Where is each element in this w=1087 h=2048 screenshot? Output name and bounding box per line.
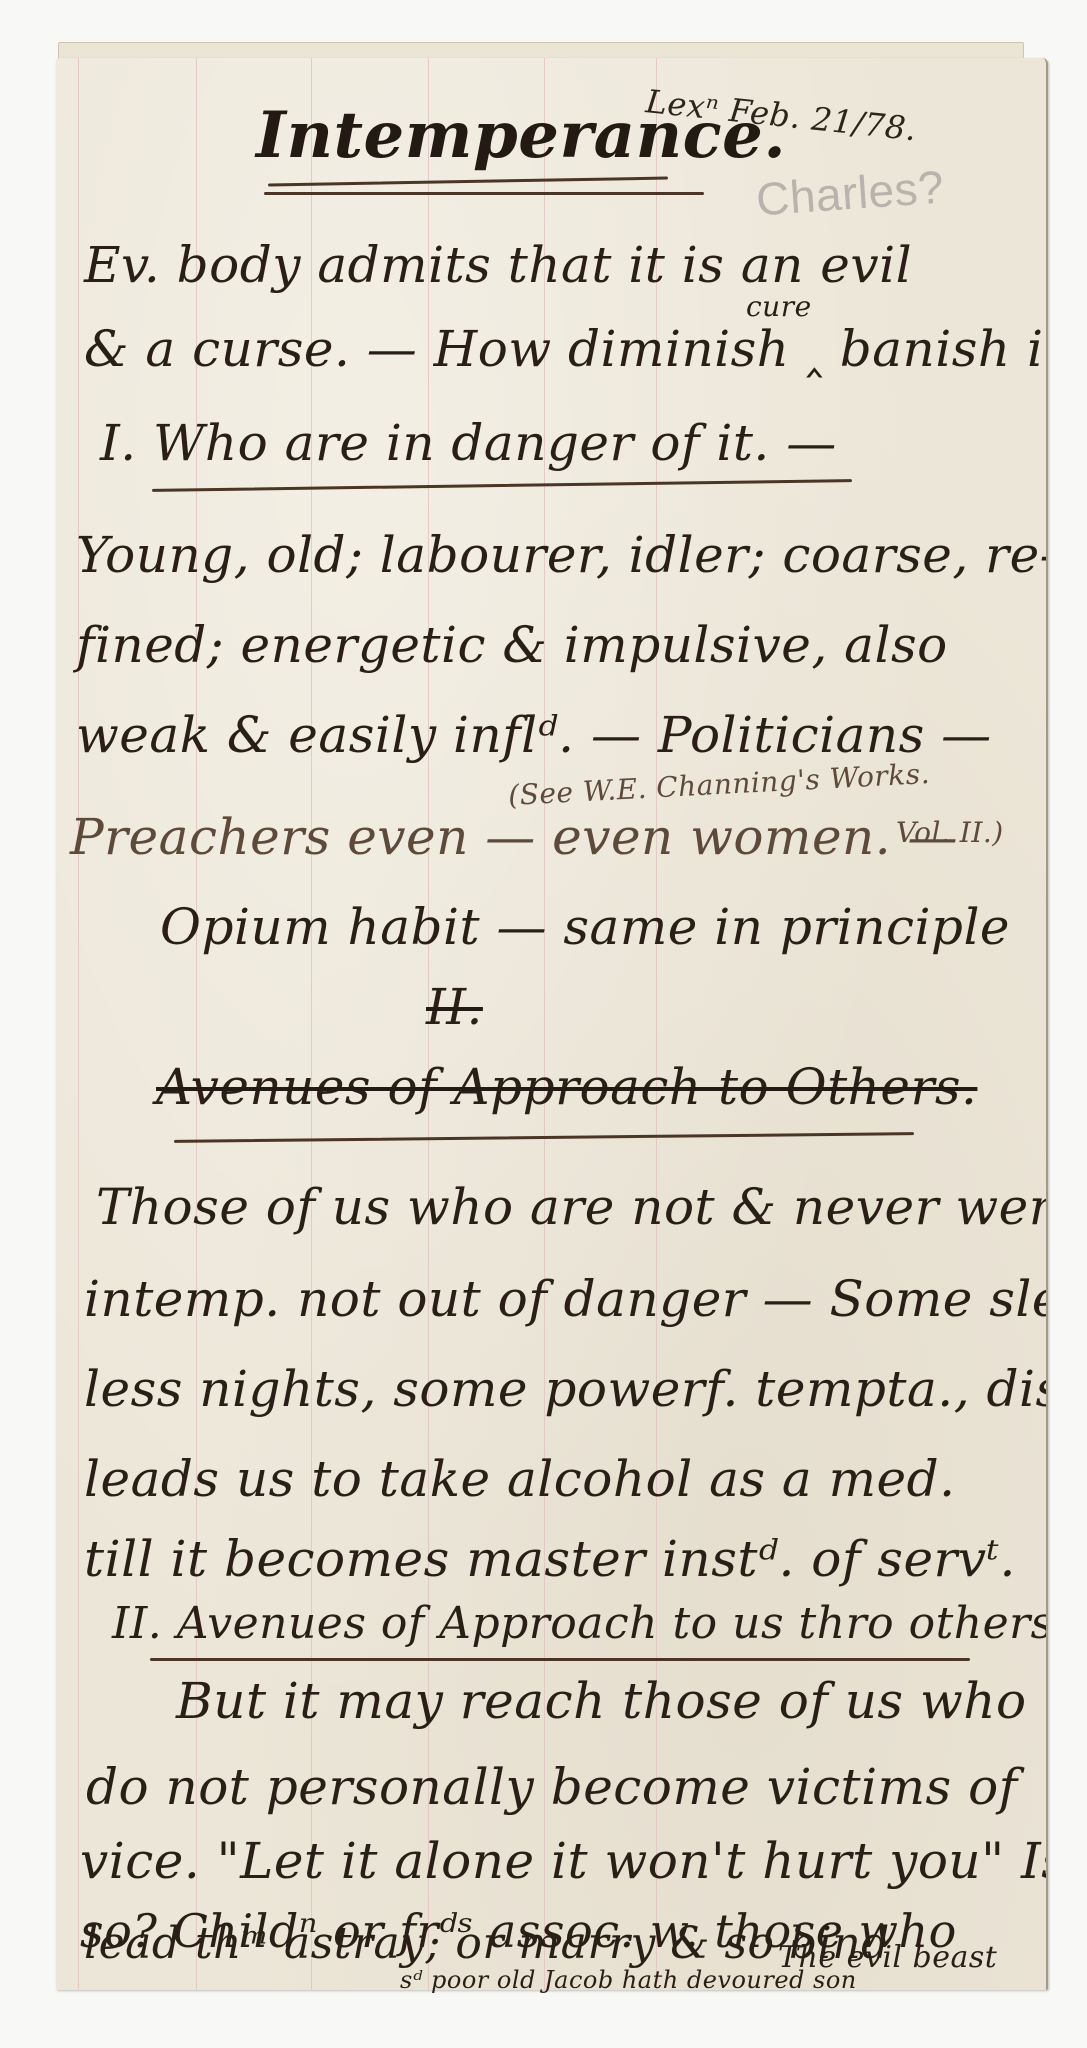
heading-underline-1 [152,479,852,492]
text-line-21: lead thᵐ astray; or marry & so bind [84,1918,890,1969]
heading-underline-2 [150,1658,970,1661]
ruled-line [78,58,79,1990]
text-line-8: Opium habit — same in principle [160,898,1010,956]
insertion-cure: cure [746,290,812,323]
bottom-note: sᵈ poor old Jacob hath devoured son [400,1966,857,1994]
volume-reference: Vol. II.) [896,816,1004,849]
text-line-4: Young, old; labourer, idler; coarse, re- [76,526,1048,584]
text-line-13: less nights, some powerf. tempta., disea… [84,1360,1048,1418]
text-line-19: vice. "Let it alone it won't hurt you" I… [80,1832,1048,1890]
text-line-18: do not personally become victims of [86,1758,1018,1816]
section-heading-1: I. Who are in danger of it. — [100,414,837,472]
text-line-12: intemp. not out of danger — Some sleep- [84,1270,1048,1328]
channing-reference: (See W.E. Channing's Works. [507,757,930,812]
text-line-7: Preachers even — even women. — [70,808,958,866]
manuscript-page: Intemperance. Lexⁿ Feb. 21/78. Charles? … [56,58,1048,1990]
text-line-1: Ev. body admits that it is an evil [84,236,912,294]
text-line-2: & a curse. — How diminish ‸ banish it. [84,320,1048,378]
title-underline-2 [264,192,704,195]
section-heading-2: II. Avenues of Approach to us thro other… [112,1598,1048,1649]
struck-heading: Avenues of Approach to Others. [156,1058,977,1116]
text-line-11: Those of us who are not & never were [96,1178,1048,1236]
text-line-14: leads us to take alcohol as a med. [84,1450,956,1508]
scan-canvas: Intemperance. Lexⁿ Feb. 21/78. Charles? … [0,0,1087,2048]
text-line-6: weak & easily inflᵈ. — Politicians — [76,706,992,764]
struck-numeral: II. [426,978,483,1036]
text-line-17: But it may reach those of us who [176,1672,1027,1730]
title-underline-1 [268,177,668,187]
text-line-5: fined; energetic & impulsive, also [76,616,948,674]
text-line-15: till it becomes master instᵈ. of servᵗ. [84,1530,1016,1588]
